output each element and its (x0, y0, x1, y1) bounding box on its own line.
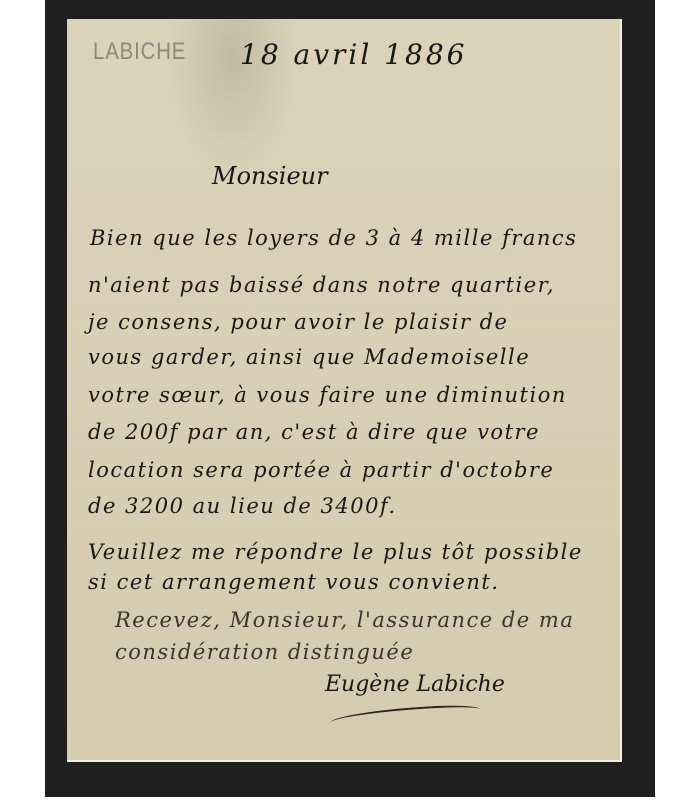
body-line: vous garder, ainsi que Mademoiselle (88, 345, 530, 369)
signature: Eugène Labiche (325, 672, 505, 697)
closing-line: Recevez, Monsieur, l'assurance de ma (115, 608, 574, 632)
body-line: si cet arrangement vous convient. (88, 570, 500, 594)
pencil-annotation: LABICHE (93, 38, 186, 66)
body-line: votre sœur, à vous faire une diminution (88, 383, 567, 407)
closing-line: considération distinguée (115, 640, 414, 664)
body-line: de 200f par an, c'est à dire que votre (88, 420, 540, 444)
salutation: Monsieur (212, 162, 328, 190)
body-line: Bien que les loyers de 3 à 4 mille franc… (90, 226, 577, 250)
body-line: location sera portée à partir d'octobre (88, 458, 554, 482)
body-line: de 3200 au lieu de 3400f. (88, 494, 397, 518)
body-line: Veuillez me répondre le plus tôt possibl… (88, 540, 583, 564)
body-line: n'aient pas baissé dans notre quartier, (88, 273, 555, 297)
letter-date: 18 avril 1886 (240, 38, 468, 71)
body-line: je consens, pour avoir le plaisir de (88, 310, 508, 334)
